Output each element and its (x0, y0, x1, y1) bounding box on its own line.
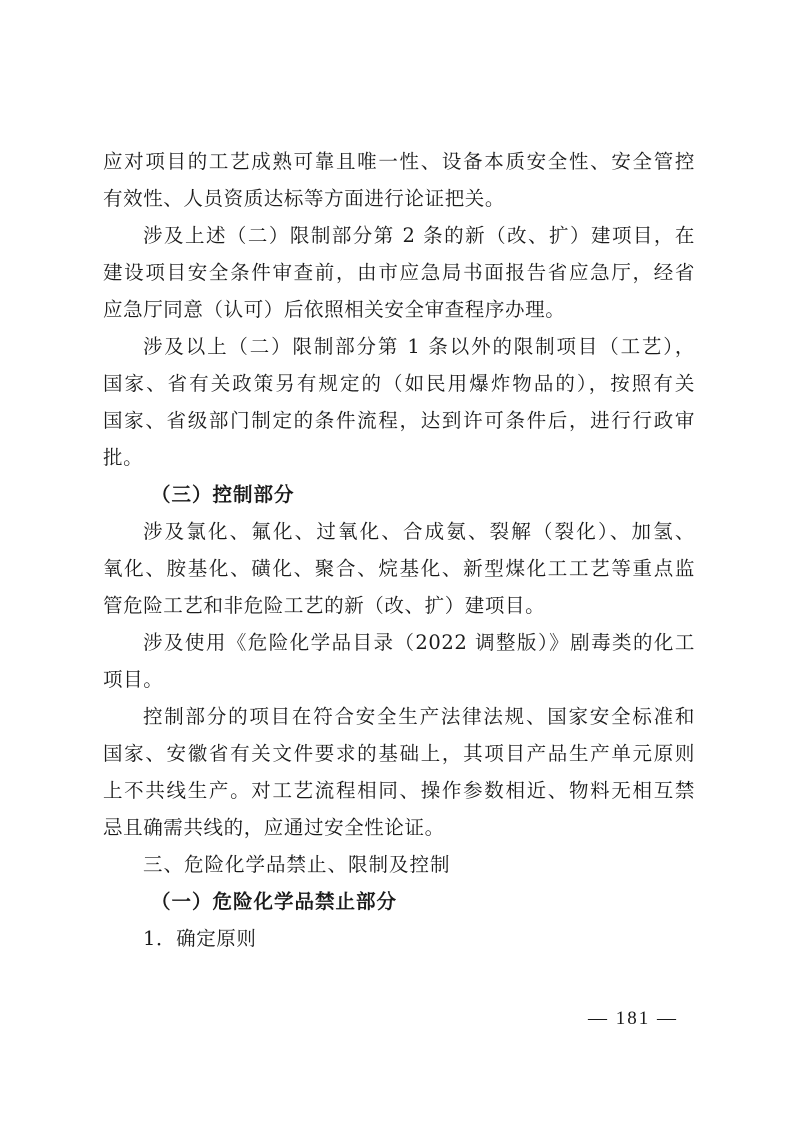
page-number: — 181 — (588, 1008, 678, 1030)
document-page: 应对项目的工艺成熟可靠且唯一性、设备本质安全性、安全管控 有效性、人员资质达标等… (0, 0, 794, 1122)
paragraph-line: 涉及以上（二）限制部分第 1 条以外的限制项目（工艺）， (103, 328, 695, 365)
section-heading-prohibited: （一）危险化学品禁止部分 (103, 883, 695, 920)
paragraph-line: 有效性、人员资质达标等方面进行论证把关。 (103, 180, 695, 217)
subsection-heading-principles: 1．确定原则 (103, 920, 695, 957)
paragraph-line: 国家、安徽省有关文件要求的基础上，其项目产品生产单元原则 (103, 735, 695, 772)
paragraph-line: 建设项目安全条件审查前，由市应急局书面报告省应急厅，经省 (103, 254, 695, 291)
paragraph-line: 应急厅同意（认可）后依照相关安全审查程序办理。 (103, 291, 695, 328)
paragraph-line: 国家、省级部门制定的条件流程，达到许可条件后，进行行政审 (103, 402, 695, 439)
paragraph-line: 涉及上述（二）限制部分第 2 条的新（改、扩）建项目，在 (103, 217, 695, 254)
paragraph-line: 氧化、胺基化、磺化、聚合、烷基化、新型煤化工工艺等重点监 (103, 550, 695, 587)
paragraph-line: 控制部分的项目在符合安全生产法律法规、国家安全标准和 (103, 698, 695, 735)
chapter-heading-hazardous-chemicals: 三、危险化学品禁止、限制及控制 (103, 846, 695, 883)
paragraph-line: 国家、省有关政策另有规定的（如民用爆炸物品的），按照有关 (103, 365, 695, 402)
paragraph-line: 应对项目的工艺成熟可靠且唯一性、设备本质安全性、安全管控 (103, 143, 695, 180)
paragraph-line: 管危险工艺和非危险工艺的新（改、扩）建项目。 (103, 587, 695, 624)
paragraph-line: 忌且确需共线的，应通过安全性论证。 (103, 809, 695, 846)
document-body: 应对项目的工艺成熟可靠且唯一性、设备本质安全性、安全管控 有效性、人员资质达标等… (103, 143, 695, 957)
paragraph-line: 上不共线生产。对工艺流程相同、操作参数相近、物料无相互禁 (103, 772, 695, 809)
paragraph-line: 批。 (103, 439, 695, 476)
paragraph-line: 涉及氯化、氟化、过氧化、合成氨、裂解（裂化）、加氢、 (103, 513, 695, 550)
paragraph-line: 涉及使用《危险化学品目录（2022 调整版）》剧毒类的化工 (103, 624, 695, 661)
paragraph-line: 项目。 (103, 661, 695, 698)
section-heading-control: （三）控制部分 (103, 476, 695, 513)
